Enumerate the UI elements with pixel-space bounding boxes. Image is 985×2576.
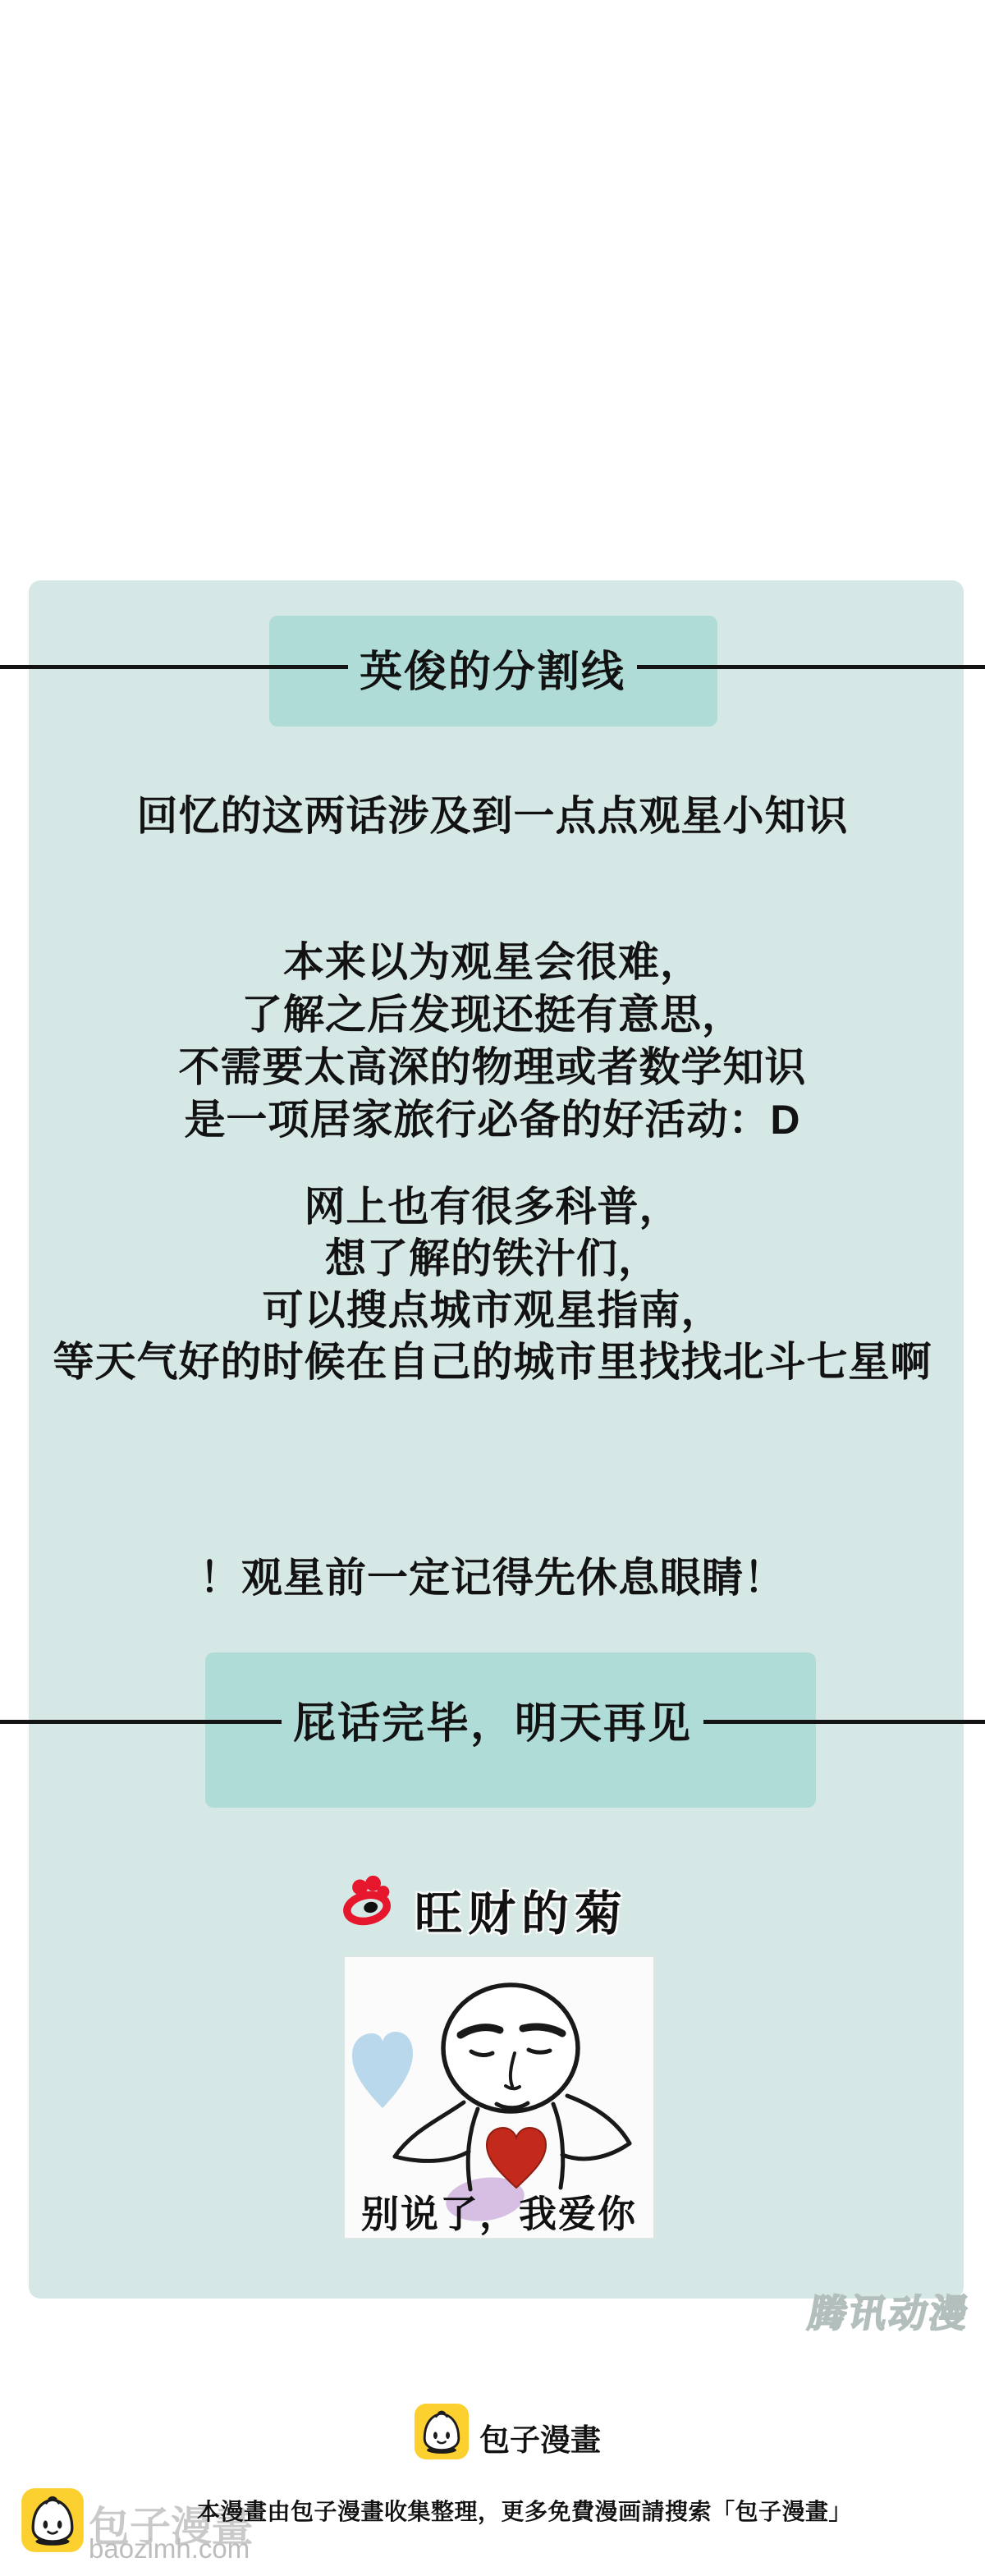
para1-line3: 不需要太高深的物理或者数学知识 <box>0 1041 985 1093</box>
divider1-label: 英俊的分割线 <box>348 649 637 696</box>
baozi-bun-icon-footer <box>21 2487 85 2553</box>
weibo-handle: 旺财的菊 <box>415 1875 628 1944</box>
footer-site-domain: baozimh.com <box>89 2533 250 2565</box>
paragraph-1: 本来以为观星会很难， 了解之后发现还挺有意思， 不需要太高深的物理或者数学知识 … <box>0 936 985 1146</box>
para2-line3: 可以搜点城市观星指南， <box>0 1285 985 1336</box>
meme-caption: 别说了，我爱你 <box>361 2193 637 2236</box>
weibo-icon <box>339 1873 396 1927</box>
eye-rest-reminder: ！观星前一定记得先休息眼睛！ <box>0 1545 985 1604</box>
divider1-title: 英俊的分割线 <box>0 645 985 699</box>
comic-afterword-page: 英俊的分割线 回忆的这两话涉及到一点点观星小知识 本来以为观星会很难， 了解之后… <box>0 0 985 2576</box>
para1-line4: 是一项居家旅行必备的好活动：D <box>0 1093 985 1146</box>
para2-line2: 想了解的铁汁们， <box>0 1233 985 1285</box>
baozi-bun-icon <box>414 2402 470 2461</box>
paragraph-2: 网上也有很多科普， 想了解的铁汁们， 可以搜点城市观星指南， 等天气好的时候在自… <box>0 1181 985 1388</box>
para1-line1: 本来以为观星会很难， <box>0 936 985 988</box>
footer-notice-text: 本漫畫由包子漫畫收集整理，更多免費漫画請搜索「包子漫畫」 <box>197 2494 852 2527</box>
divider2-title: 屁话完毕，明天再见 <box>0 1697 985 1751</box>
para2-line1: 网上也有很多科普， <box>0 1181 985 1233</box>
para2-line4: 等天气好的时候在自己的城市里找找北斗七星啊 <box>0 1336 985 1388</box>
divider2-label: 屁话完毕，明天再见 <box>282 1700 703 1748</box>
meme-image: 别说了，我爱你 <box>344 1956 654 2239</box>
intro-line: 回忆的这两话涉及到一点点观星小知识 <box>0 783 985 842</box>
para1-line2: 了解之后发现还挺有意思， <box>0 988 985 1041</box>
baozi-brand-title: 包子漫畫 <box>479 2415 601 2459</box>
tencent-comics-watermark: 腾讯动漫 <box>804 2284 975 2338</box>
